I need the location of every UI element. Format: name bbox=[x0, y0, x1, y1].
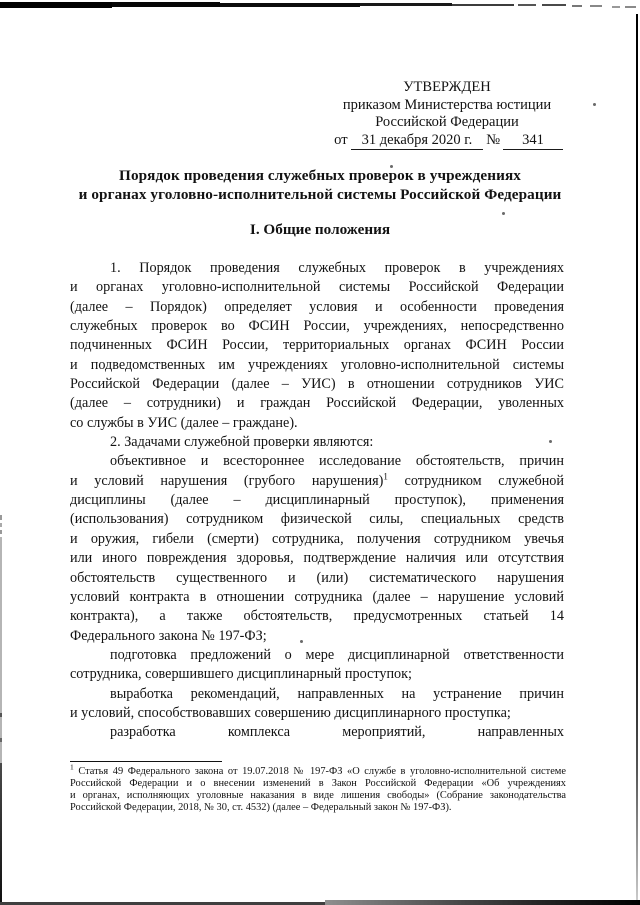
footnote-line: и органах, исполняющих уголовные наказан… bbox=[70, 790, 566, 802]
body-line-text: и условий нарушения (грубого нарушения) bbox=[70, 473, 383, 489]
approval-date-line: от31 декабря 2020 г.№341 bbox=[330, 132, 564, 151]
body-line: (использования) сотрудником физической с… bbox=[70, 510, 564, 529]
body-line: (далее – сотрудники) и граждан Российско… bbox=[70, 394, 564, 413]
approval-authority-line: Российской Федерации bbox=[330, 114, 564, 132]
footnote: 1 Статья 49 Федерального закона от 19.07… bbox=[70, 766, 566, 814]
scan-artifact-top-bar bbox=[220, 3, 360, 7]
footnote-line: Российской Федерации, 2018, № 30, ст. 45… bbox=[70, 802, 566, 814]
body-line: разработка комплекса мероприятий, направ… bbox=[70, 723, 564, 742]
body-line: и органах уголовно-исполнительной систем… bbox=[70, 278, 564, 297]
body-line: или иного повреждения здоровья, подтверж… bbox=[70, 549, 564, 568]
body-line: дисциплины (далее – дисциплинарный прост… bbox=[70, 491, 564, 510]
date-prefix: от bbox=[331, 132, 350, 148]
body-line: и оружия, гибели (смерти) сотрудника, по… bbox=[70, 530, 564, 549]
approval-authority-line: приказом Министерства юстиции bbox=[330, 97, 564, 115]
body-line: (далее – Порядок) определяет условия и о… bbox=[70, 298, 564, 317]
scan-artifact-top-bar bbox=[452, 4, 514, 6]
scan-artifact-left-dash bbox=[0, 515, 2, 520]
scan-artifact-left-tick bbox=[0, 713, 2, 717]
scan-artifact-right-edge bbox=[636, 14, 638, 902]
footnote-line: 1 Статья 49 Федерального закона от 19.07… bbox=[70, 766, 566, 778]
body-line: объективное и всестороннее исследование … bbox=[70, 452, 564, 471]
order-number: 341 bbox=[503, 132, 563, 151]
approval-block: УТВЕРЖДЕН приказом Министерства юстиции … bbox=[330, 79, 564, 150]
scan-artifact-top-dash bbox=[625, 6, 636, 8]
approval-status: УТВЕРЖДЕН bbox=[330, 79, 564, 97]
order-date: 31 декабря 2020 г. bbox=[351, 132, 484, 151]
body-line: сотрудника, совершившего дисциплинарный … bbox=[70, 665, 564, 684]
body-line: и подведомственных им учреждениях уголов… bbox=[70, 356, 564, 375]
scan-speck bbox=[593, 103, 596, 106]
number-sign: № bbox=[483, 132, 503, 148]
footnote-line: Российской Федерации и о внесении измене… bbox=[70, 778, 566, 790]
footnote-separator bbox=[70, 761, 222, 762]
scan-artifact-top-bar bbox=[112, 2, 220, 7]
body-line: Федерального закона № 197-ФЗ; bbox=[70, 627, 564, 646]
scan-artifact-top-bar bbox=[0, 2, 112, 8]
body-line: выработка рекомендаций, направленных на … bbox=[70, 685, 564, 704]
scan-artifact-left-dash bbox=[0, 530, 2, 534]
scan-artifact-bottom-bar bbox=[325, 900, 640, 905]
scan-artifact-left-edge bbox=[0, 763, 2, 902]
body-line: и условий, способствовавших совершению д… bbox=[70, 704, 564, 723]
document-title: Порядок проведения служебных проверок в … bbox=[0, 167, 640, 204]
body-line: и условий нарушения (грубого нарушения)1… bbox=[70, 472, 564, 491]
scan-artifact-left-tick bbox=[0, 738, 2, 742]
body-line: служебных проверок во ФСИН России, учреж… bbox=[70, 317, 564, 336]
scan-artifact-left-dash bbox=[0, 523, 2, 527]
scan-speck bbox=[502, 212, 505, 215]
section-heading: I. Общие положения bbox=[0, 221, 640, 239]
document-title-line: и органах уголовно-исполнительной систем… bbox=[0, 186, 640, 205]
body-line: со службы в УИС (далее – граждане). bbox=[70, 414, 564, 433]
document-title-line: Порядок проведения служебных проверок в … bbox=[0, 167, 640, 186]
scanned-document-page: { "approval": { "line1": "УТВЕРЖДЕН", "l… bbox=[0, 0, 640, 905]
scan-artifact-top-dash bbox=[612, 6, 620, 8]
footnote-text: Статья 49 Федерального закона от 19.07.2… bbox=[74, 766, 566, 777]
scan-artifact-top-dash bbox=[590, 5, 602, 7]
scan-artifact-left-edge bbox=[0, 537, 2, 763]
body-line: контракта), а также обстоятельств, преду… bbox=[70, 607, 564, 626]
body-line: подчиненных ФСИН России, территориальных… bbox=[70, 336, 564, 355]
body-line: 1. Порядок проведения служебных проверок… bbox=[70, 259, 564, 278]
scan-artifact-top-dash bbox=[572, 5, 582, 7]
body-line: условий контракта в отношении сотрудника… bbox=[70, 588, 564, 607]
body-line: подготовка предложений о мере дисциплина… bbox=[70, 646, 564, 665]
body-line: обстоятельств существенного и (или) сист… bbox=[70, 569, 564, 588]
scan-artifact-top-dash bbox=[542, 4, 566, 6]
scan-artifact-top-dash bbox=[518, 4, 536, 6]
body-line: Российской Федерации (далее – УИС) в отн… bbox=[70, 375, 564, 394]
body-line-text: сотрудником служебной bbox=[388, 473, 564, 489]
body-line: 2. Задачами служебной проверки являются: bbox=[70, 433, 564, 452]
scan-artifact-top-bar bbox=[360, 3, 452, 6]
document-body: 1. Порядок проведения служебных проверок… bbox=[70, 259, 564, 743]
